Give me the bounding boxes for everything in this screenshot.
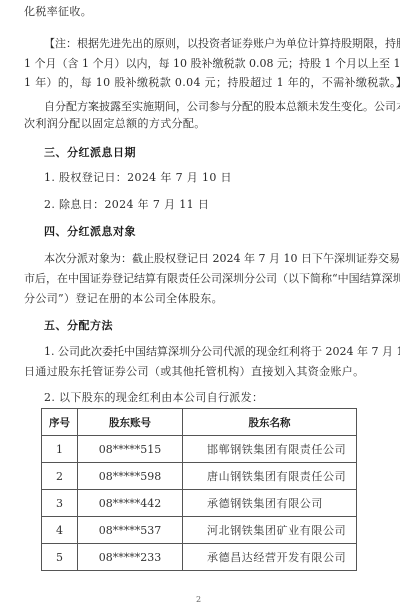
paragraph-line: 次利润分配以固定总额的方式分配。 [24,117,378,131]
cell-index: 4 [42,517,78,544]
paragraph-line: 本次分派对象为：截止股权登记日 2024 年 7 月 10 日下午深圳证券交易所… [44,252,378,266]
paragraph-line: 日通过股东托管证券公司（或其他托管机构）直接划入其资金账户。 [24,365,378,379]
paragraph-line: 1. 公司此次委托中国结算深圳分公司代派的现金红利将于 2024 年 7 月 1… [44,345,378,359]
cell-name: 承德钢铁集团有限公司 [183,490,357,517]
paragraph-line: 分公司”）登记在册的本公司全体股东。 [24,292,378,306]
cell-name: 唐山钢铁集团有限责任公司 [183,463,357,490]
cell-index: 3 [42,490,78,517]
cell-name: 承德昌达经营开发有限公司 [183,544,357,571]
paragraph-line: 化税率征收。 [24,5,378,19]
cell-index: 2 [42,463,78,490]
table-header-row: 序号 股东账号 股东名称 [42,409,357,436]
section-heading-dates: 三、分红派息日期 [44,146,378,160]
cell-account: 08*****598 [78,463,183,490]
record-date: 1. 股权登记日：2024 年 7 月 10 日 [44,171,378,185]
cell-account: 08*****537 [78,517,183,544]
column-header-index: 序号 [42,409,78,436]
cell-index: 5 [42,544,78,571]
paragraph-line: 自分配方案披露至实施期间，公司参与分配的股本总额未发生变化。公司本 [44,100,378,114]
table-row: 3 08*****442 承德钢铁集团有限公司 [42,490,357,517]
ex-dividend-date: 2. 除息日：2024 年 7 月 11 日 [44,198,378,212]
shareholder-table: 序号 股东账号 股东名称 1 08*****515 邯郸钢铁集团有限责任公司 2… [41,408,357,571]
table-row: 1 08*****515 邯郸钢铁集团有限责任公司 [42,436,357,463]
paragraph-line: 2. 以下股东的现金红利由本公司自行派发： [44,391,378,405]
table-row: 2 08*****598 唐山钢铁集团有限责任公司 [42,463,357,490]
column-header-account: 股东账号 [78,409,183,436]
cell-account: 08*****233 [78,544,183,571]
column-header-name: 股东名称 [183,409,357,436]
section-heading-method: 五、分配方法 [44,319,378,333]
cell-name: 邯郸钢铁集团有限责任公司 [183,436,357,463]
table-row: 4 08*****537 河北钢铁集团矿业有限公司 [42,517,357,544]
note-line: 1 年）的，每 10 股补缴税款 0.04 元；持股超过 1 年的，不需补缴税款… [24,76,378,90]
cell-account: 08*****515 [78,436,183,463]
cell-index: 1 [42,436,78,463]
page-number: 2 [196,595,201,604]
cell-account: 08*****442 [78,490,183,517]
cell-name: 河北钢铁集团矿业有限公司 [183,517,357,544]
section-heading-recipients: 四、分红派息对象 [44,225,378,239]
table-row: 5 08*****233 承德昌达经营开发有限公司 [42,544,357,571]
paragraph-line: 市后，在中国证券登记结算有限责任公司深圳分公司（以下简称“中国结算深圳 [24,272,378,286]
note-line: 【注：根据先进先出的原则，以投资者证券账户为单位计算持股期限，持股 [44,37,378,51]
note-line: 1 个月（含 1 个月）以内，每 10 股补缴税款 0.08 元；持股 1 个月… [24,57,378,71]
